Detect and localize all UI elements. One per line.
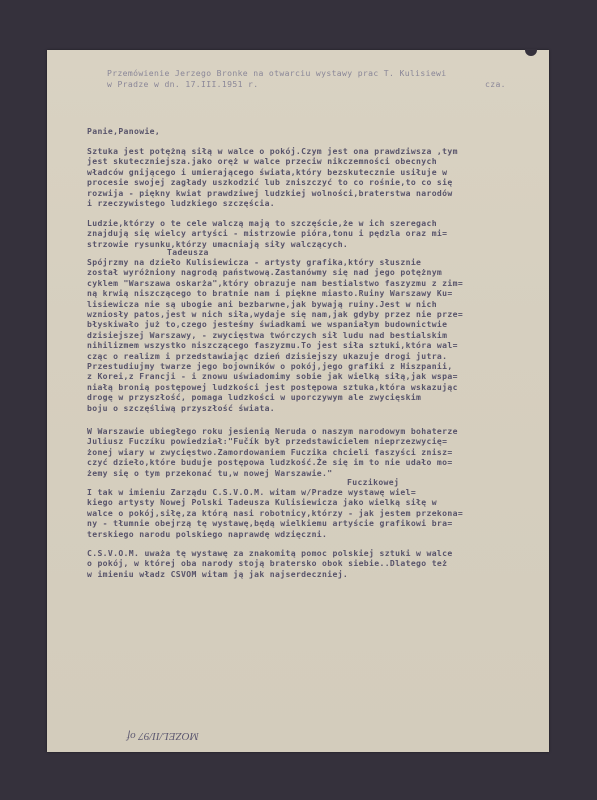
salutation: Panie,Panowie,	[87, 126, 160, 136]
p5-line: I tak w imieniu Zarządu C.S.V.O.M. witam…	[87, 487, 416, 497]
p3-line: wzniosły patos,jest w nich siła,wydaje s…	[87, 309, 463, 319]
p5-line: ny - tłumnie obejrzą tę wystawę,będą wie…	[87, 518, 453, 528]
p2-line: Ludzie,którzy o te cele walczą mają to s…	[87, 218, 437, 228]
p6-line: C.S.V.O.M. uważa tę wystawę za znakomitą…	[87, 548, 453, 558]
p3-line: Spójrzmy na dzieło Kulisiewicza - artyst…	[87, 257, 421, 267]
insertion-fuczikowej: Fuczikowej	[347, 477, 399, 487]
p3-line: nihilizmem wszystko niszczącego faszyzmu…	[87, 340, 458, 350]
p1-line: władców gnijącego i umierającego świata,…	[87, 167, 447, 177]
p3-line: z Korei,z Francji - i znowu uświadomimy …	[87, 371, 458, 381]
p1-line: procesie swojej zagłady uszkodzić lub zn…	[87, 177, 453, 187]
p4-line: czyć dzieło,które buduje postępowa ludzk…	[87, 457, 453, 467]
handwritten-archive-note: MOZEL/II/97 of	[127, 730, 199, 742]
p3-line: cząc o realizm i przedstawiając dzień dz…	[87, 351, 447, 361]
paper-notch	[525, 49, 537, 56]
p1-line: i rzeczywistego ludzkiego szczęścia.	[87, 198, 275, 208]
p5-line: terskiego narodu polskiego naprawdę wdzi…	[87, 529, 327, 539]
document-page: Przemówienie Jerzego Bronke na otwarciu …	[47, 50, 549, 752]
p3-line: lisiewicza nie są ubogie ani bezbarwne,j…	[87, 299, 437, 309]
p4-line: Juliusz Fuczíku powiedział:"Fučík był pr…	[87, 436, 447, 446]
p3-line: został wyróżniony nagrodą państwową.Zast…	[87, 267, 442, 277]
insertion-tadeusza: Tadeusza	[167, 247, 209, 257]
p1-line: Sztuka jest potężną siłą w walce o pokój…	[87, 146, 458, 156]
p3-line: cyklem "Warszawa oskarża",który obrazuje…	[87, 278, 463, 288]
p1-line: jest skuteczniejsza.jako oręż w walce pr…	[87, 156, 437, 166]
p3-line: niałą bronią postępowej ludzkości jest p…	[87, 382, 458, 392]
p3-line: boju o szczęśliwą przyszłość świata.	[87, 403, 275, 413]
heading-line-1-end: cza.	[485, 79, 506, 89]
p3-line: dzisiejszej Warszawy, - zwycięstwa twórc…	[87, 330, 447, 340]
p5-line: kiego artysty Nowej Polski Tadeusza Kuli…	[87, 497, 437, 507]
p4-line: żonej wiary w zwycięstwo.Zamordowaniem F…	[87, 447, 453, 457]
p3-line: Przestudiujmy twarze jego bojowników o p…	[87, 361, 453, 371]
p6-line: w imieniu władz CSVOM witam ją jak najse…	[87, 569, 348, 579]
p5-line: walce o pokój,siłę,za którą nasi robotni…	[87, 508, 463, 518]
p6-line: o pokój, w której oba narody stoją brate…	[87, 558, 447, 568]
p2-line: znajdują się wielcy artyści - mistrzowie…	[87, 228, 447, 238]
heading-line-1: Przemówienie Jerzego Bronke na otwarciu …	[107, 68, 447, 78]
p2-line: strzowie rysunku,którzy umacniają siły w…	[87, 239, 348, 249]
p1-line: rozwija - piękny kwiat prawdziwej ludzki…	[87, 188, 453, 198]
p4-line: żemy się o tym przekonać tu,w nowej Wars…	[87, 468, 332, 478]
p3-line: drogę w przyszłość, pomaga ludzkości w u…	[87, 392, 421, 402]
p4-line: W Warszawie ubiegłego roku jesienią Neru…	[87, 426, 458, 436]
p3-line: ną krwią niszczącego to bratnie nam i pi…	[87, 288, 453, 298]
heading-line-2: w Pradze w dn. 17.III.1951 r.	[107, 79, 258, 89]
p3-line: błyskiwało już to,czego jesteśmy świadka…	[87, 319, 447, 329]
